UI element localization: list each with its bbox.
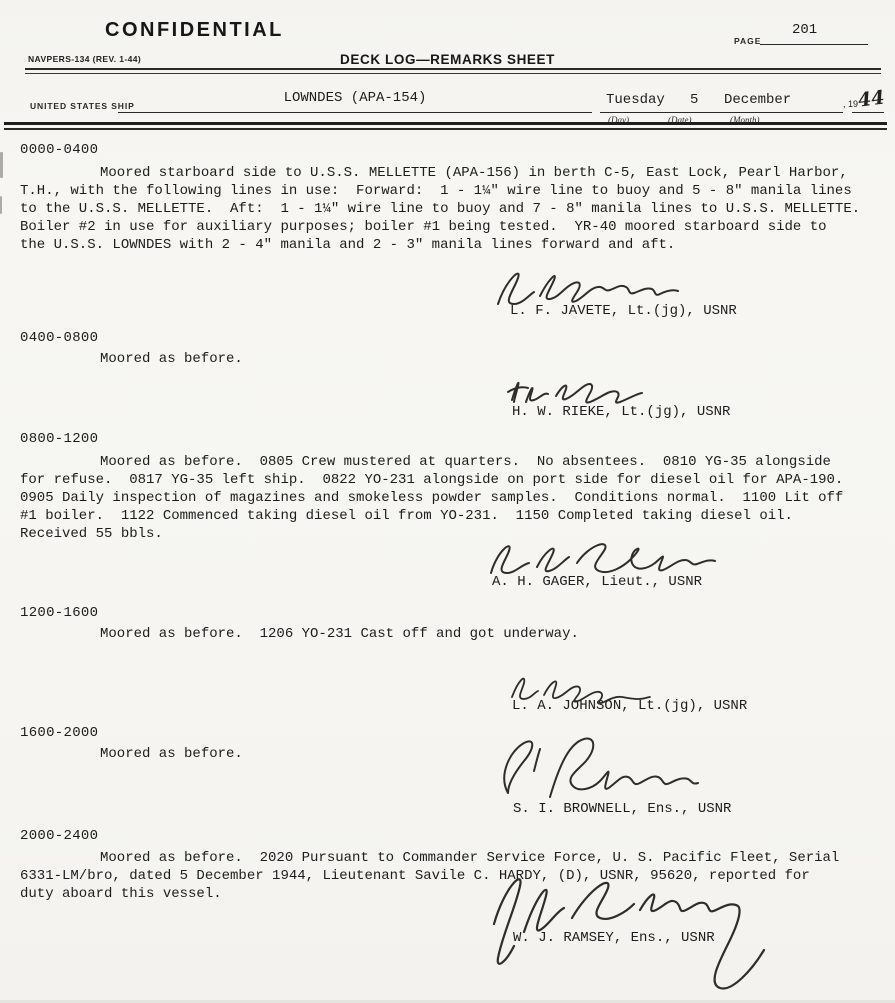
- watch-period: 1200-1600: [20, 605, 888, 621]
- date-month: December: [724, 92, 791, 108]
- watch-period: 2000-2400: [20, 828, 888, 844]
- log-text: Moored as before.: [20, 350, 888, 368]
- log-entry-1600-2000: 1600-2000 Moored as before.: [20, 725, 888, 763]
- page-number-line: [760, 30, 868, 45]
- form-title: DECK LOG—REMARKS SHEET: [0, 52, 895, 67]
- scan-smudge: [0, 152, 3, 178]
- page-label: PAGE: [734, 36, 761, 46]
- year-line: [852, 98, 884, 113]
- log-text: Moored starboard side to U.S.S. MELLETTE…: [20, 164, 888, 254]
- log-entry-2000-2400: 2000-2400 Moored as before. 2020 Pursuan…: [20, 828, 888, 903]
- signature-typed: L. F. JAVETE, Lt.(jg), USNR: [510, 303, 737, 319]
- log-entry-0400-0800: 0400-0800 Moored as before.: [20, 330, 888, 368]
- signature-script-gager: [483, 539, 721, 579]
- log-text: Moored as before.: [20, 745, 888, 763]
- signature-typed: W. J. RAMSEY, Ens., USNR: [513, 930, 715, 946]
- log-text: Moored as before. 0805 Crew mustered at …: [20, 453, 888, 543]
- watch-period: 0800-1200: [20, 431, 888, 447]
- signature-typed: H. W. RIEKE, Lt.(jg), USNR: [512, 404, 730, 420]
- classification-stamp: CONFIDENTIAL: [105, 19, 284, 42]
- log-text: Moored as before. 1206 YO-231 Cast off a…: [20, 625, 888, 643]
- date-number: 5: [690, 92, 698, 108]
- log-entry-0000-0400: 0000-0400 Moored starboard side to U.S.S…: [20, 142, 888, 254]
- signature-typed: S. I. BROWNELL, Ens., USNR: [513, 801, 731, 817]
- signature-typed: A. H. GAGER, Lieut., USNR: [492, 574, 702, 590]
- log-entry-0800-1200: 0800-1200 Moored as before. 0805 Crew mu…: [20, 431, 888, 543]
- signature-typed: L. A. JOHNSON, Lt.(jg), USNR: [512, 698, 747, 714]
- watch-period: 0400-0800: [20, 330, 888, 346]
- signature-script-rieke: [504, 374, 646, 406]
- deck-log-remarks-sheet: CONFIDENTIAL PAGE 201 NAVPERS-134 (REV. …: [0, 0, 895, 1003]
- log-text: Moored as before. 2020 Pursuant to Comma…: [20, 849, 888, 903]
- log-entry-1200-1600: 1200-1600 Moored as before. 1206 YO-231 …: [20, 605, 888, 643]
- header-heavy-rule: [4, 122, 887, 130]
- watch-period: 1600-2000: [20, 725, 888, 741]
- watch-period: 0000-0400: [20, 142, 888, 158]
- date-line: Tuesday 5 December: [600, 90, 843, 113]
- header-rule: [25, 68, 881, 74]
- ship-name: LOWNDES (APA-154): [118, 90, 592, 113]
- scan-smudge: [0, 196, 2, 214]
- date-day: Tuesday: [606, 92, 665, 108]
